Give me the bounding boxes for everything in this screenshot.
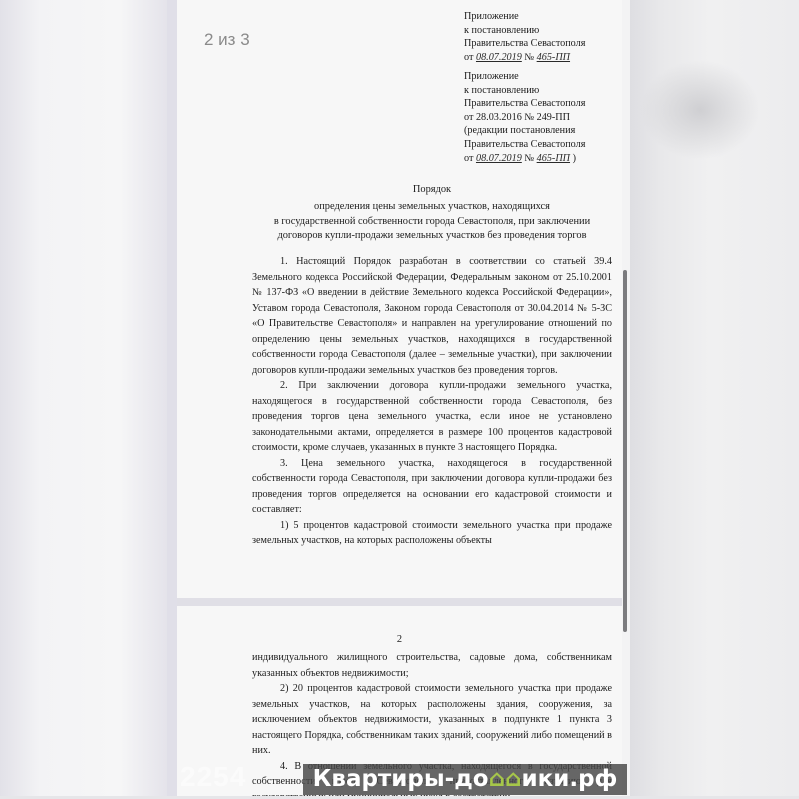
paragraph: 1. Настоящий Порядок разработан в соотве… (252, 254, 612, 378)
background-right (630, 0, 799, 799)
house-icon: ⌂⌂ (489, 766, 522, 792)
appendix-date-line: от 08.07.2019 № 465-ПП ) (464, 152, 585, 166)
date-prefix: от (464, 52, 473, 63)
appendix-line: Правительства Севастополя (464, 97, 585, 111)
date-prefix: от (464, 153, 473, 164)
watermark-text: Квартиры-до (313, 766, 489, 792)
page-counter: 2 из 3 (204, 30, 250, 50)
paragraph: 2) 20 процентов кадастровой стоимости зе… (252, 681, 612, 759)
appendix-line: от 28.03.2016 № 249-ПП (464, 111, 585, 125)
page1-body: 1. Настоящий Порядок разработан в соотве… (252, 254, 612, 549)
viewer-left-edge (167, 0, 177, 799)
document-viewer[interactable]: 2 из 3 Приложение к постановлению Правит… (177, 0, 622, 799)
handwritten-date: 08.07.2019 (476, 153, 522, 164)
handwritten-number: 465-ПП (537, 153, 570, 164)
watermark-text: ики.рф (522, 766, 618, 792)
number-prefix: № (524, 52, 534, 63)
appendix-line: Приложение (464, 70, 585, 84)
page-number: 2 (177, 634, 622, 645)
appendix-line: к постановлению (464, 24, 585, 38)
appendix-line: Правительства Севастополя (464, 138, 585, 152)
document-subtitle-line: в государственной собственности города С… (247, 215, 617, 229)
appendix-line: Правительства Севастополя (464, 37, 585, 51)
document-subtitle-line: договоров купли-продажи земельных участк… (247, 229, 617, 243)
watermark-number: 2254 (180, 761, 246, 793)
document-title: Порядок (247, 183, 617, 197)
closing-paren: ) (573, 153, 576, 164)
paragraph: 1) 5 процентов кадастровой стоимости зем… (252, 518, 612, 549)
paragraph: 2. При заключении договора купли-продажи… (252, 378, 612, 456)
appendix-date-line: от 08.07.2019 № 465-ПП (464, 51, 585, 65)
paragraph: 3. Цена земельного участка, находящегося… (252, 456, 612, 518)
document-subtitle-line: определения цены земельных участков, нах… (247, 200, 617, 214)
number-prefix: № (524, 153, 534, 164)
appendix-line: к постановлению (464, 84, 585, 98)
appendix-line: Приложение (464, 10, 585, 24)
appendix-header-current: Приложение к постановлению Правительства… (464, 10, 585, 64)
vertical-scrollbar[interactable] (623, 270, 627, 632)
document-page-1: 2 из 3 Приложение к постановлению Правит… (177, 0, 622, 598)
handwritten-date: 08.07.2019 (476, 52, 522, 63)
document-title-block: Порядок определения цены земельных участ… (247, 183, 617, 243)
watermark-banner: Квартиры-до⌂⌂ики.рф (303, 764, 627, 795)
appendix-header-previous: Приложение к постановлению Правительства… (464, 70, 585, 165)
handwritten-number: 465-ПП (537, 52, 570, 63)
paragraph-continuation: индивидуального жилищного строительства,… (252, 650, 612, 681)
appendix-line: (редакции постановления (464, 124, 585, 138)
